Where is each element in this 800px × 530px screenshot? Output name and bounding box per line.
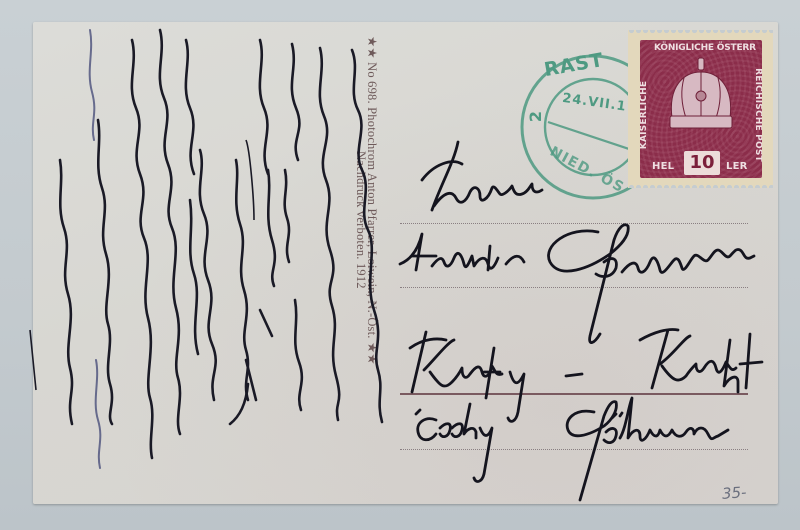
postmark-number: 2 xyxy=(526,111,545,122)
price-note: 35- xyxy=(721,483,747,503)
stamp-currency-right: LER xyxy=(726,161,748,172)
stamp-inscription-right: REICHISCHE POST xyxy=(753,55,762,175)
stamp-inscription-top: KÖNIGLICHE ÖSTERR xyxy=(654,43,756,53)
stamp-design: KÖNIGLICHE ÖSTERR KAISERLICHE REICHISCHE… xyxy=(640,40,762,178)
stamp-currency-left: HEL xyxy=(652,161,674,172)
crown-icon xyxy=(662,56,740,146)
stamp-inscription-left: KAISERLICHE xyxy=(640,55,649,175)
stamp-value: 10 xyxy=(684,151,720,175)
